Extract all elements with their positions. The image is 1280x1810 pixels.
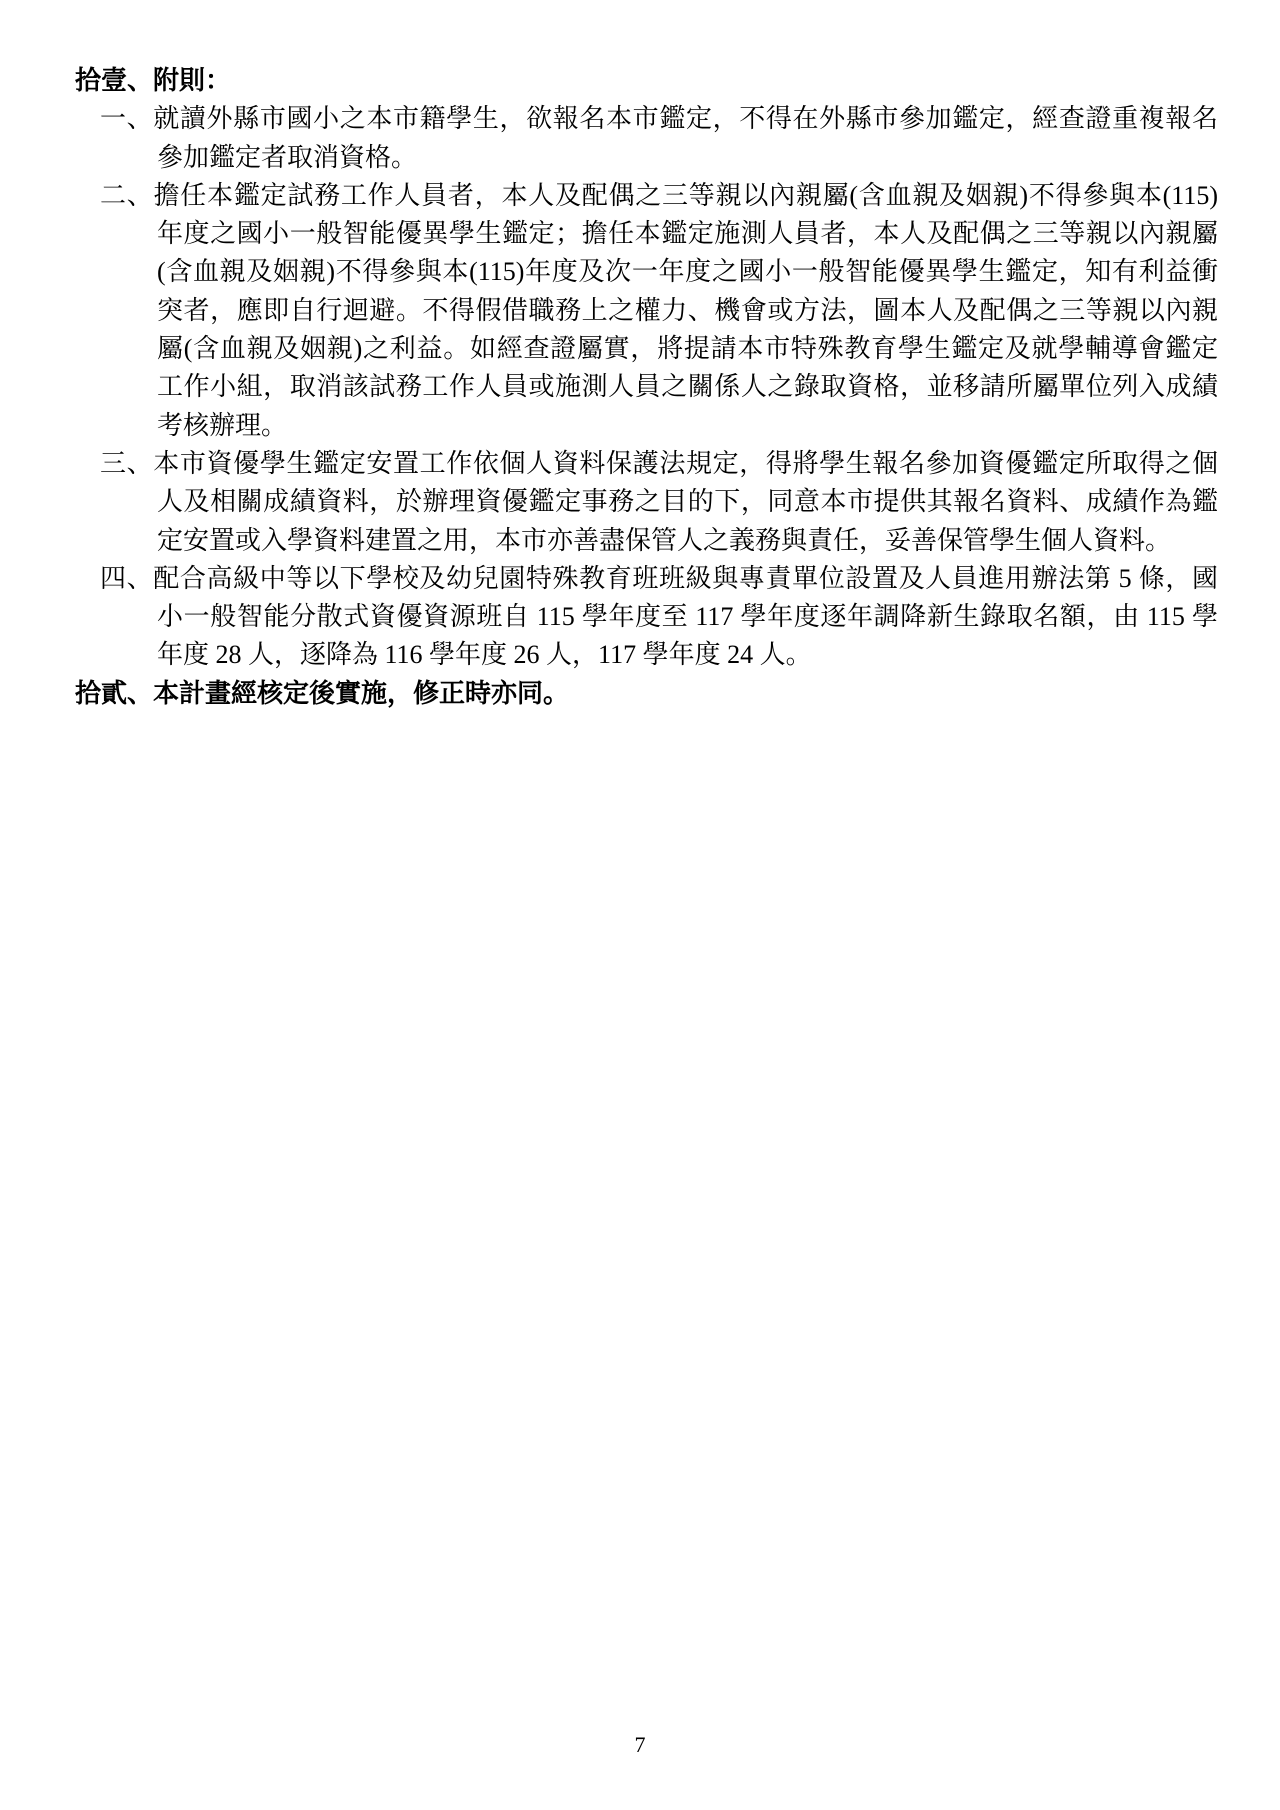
item-2-line-6: 工作小組，取消該試務工作人員或施測人員之關係人之錄取資格，並移請所屬單位列入成績 [157,368,1218,406]
item-3-line-3: 定安置或入學資料建置之用，本市亦善盡保管人之義務與責任，妥善保管學生個人資料。 [157,522,1218,560]
item-2-line-3: (含血親及姻親)不得參與本(115)年度及次一年度之國小一般智能優異學生鑑定，知… [157,253,1218,291]
item-2-line-7: 考核辦理。 [157,407,1218,445]
list-item-3: 三、本市資優學生鑑定安置工作依個人資料保護法規定，得將學生報名參加資優鑑定所取得… [0,445,1280,560]
list-item-2: 二、擔任本鑑定試務工作人員者，本人及配偶之三等親以內親屬(含血親及姻親)不得參與… [0,177,1280,445]
item-4-text: 配合高級中等以下學校及幼兒園特殊教育班班級與專責單位設置及人員進用辦法第 5 條… [153,564,1218,593]
item-1-line-2: 參加鑑定者取消資格。 [157,139,1218,177]
item-3-line-1: 三、本市資優學生鑑定安置工作依個人資料保護法規定，得將學生報名參加資優鑑定所取得… [100,445,1218,483]
page-number: 7 [0,1732,1280,1758]
item-1-text: 就讀外縣市國小之本市籍學生，欲報名本市鑑定，不得在外縣市參加鑑定，經查證重複報名 [153,104,1218,133]
list-item-1: 一、就讀外縣市國小之本市籍學生，欲報名本市鑑定，不得在外縣市參加鑑定，經查證重複… [0,100,1280,177]
document-content: 拾壹、附則： 一、就讀外縣市國小之本市籍學生，欲報名本市鑑定，不得在外縣市參加鑑… [0,0,1280,713]
item-1-marker: 一、 [100,104,153,133]
item-1-line-1: 一、就讀外縣市國小之本市籍學生，欲報名本市鑑定，不得在外縣市參加鑑定，經查證重複… [100,100,1218,138]
item-2-line-5: 屬(含血親及姻親)之利益。如經查證屬實，將提請本市特殊教育學生鑑定及就學輔導會鑑… [157,330,1218,368]
item-2-text: 擔任本鑑定試務工作人員者，本人及配偶之三等親以內親屬(含血親及姻親)不得參與本(… [154,181,1218,210]
item-3-text: 本市資優學生鑑定安置工作依個人資料保護法規定，得將學生報名參加資優鑑定所取得之個 [153,449,1218,478]
item-3-marker: 三、 [100,449,153,478]
document-page: 拾壹、附則： 一、就讀外縣市國小之本市籍學生，欲報名本市鑑定，不得在外縣市參加鑑… [0,0,1280,1810]
item-4-line-1: 四、配合高級中等以下學校及幼兒園特殊教育班班級與專責單位設置及人員進用辦法第 5… [100,560,1218,598]
item-4-marker: 四、 [100,564,153,593]
item-3-line-2: 人及相關成績資料，於辦理資優鑑定事務之目的下，同意本市提供其報名資料、成績作為鑑 [157,483,1218,521]
item-2-marker: 二、 [100,181,154,210]
item-2-line-4: 突者，應即自行迴避。不得假借職務上之權力、機會或方法，圖本人及配偶之三等親以內親 [157,292,1218,330]
item-2-line-2: 年度之國小一般智能優異學生鑑定；擔任本鑑定施測人員者，本人及配偶之三等親以內親屬 [157,215,1218,253]
section-heading-12: 拾貳、本計畫經核定後實施，修正時亦同。 [75,675,1218,713]
item-2-line-1: 二、擔任本鑑定試務工作人員者，本人及配偶之三等親以內親屬(含血親及姻親)不得參與… [100,177,1218,215]
list-item-4: 四、配合高級中等以下學校及幼兒園特殊教育班班級與專責單位設置及人員進用辦法第 5… [0,560,1280,675]
item-4-line-2: 小一般智能分散式資優資源班自 115 學年度至 117 學年度逐年調降新生錄取名… [157,598,1218,636]
section-heading-11: 拾壹、附則： [75,62,1218,100]
item-4-line-3: 年度 28 人，逐降為 116 學年度 26 人，117 學年度 24 人。 [157,636,1218,674]
